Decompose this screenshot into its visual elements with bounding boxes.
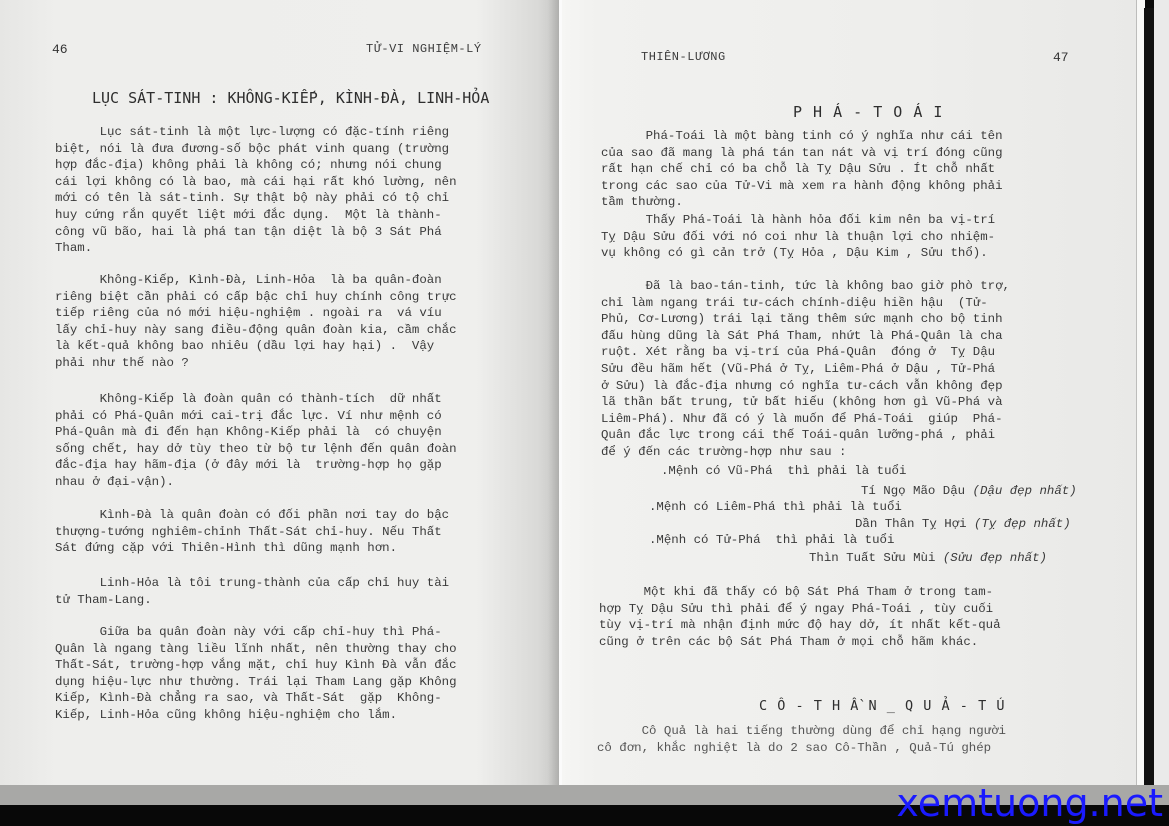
- text-line: cái lợi không có là bao, mà cái hại rất …: [55, 174, 457, 191]
- text-line: lã thần bất trung, tử bất hiếu (không hơ…: [601, 394, 1010, 411]
- text-line: tử Tham-Lang.: [55, 592, 449, 609]
- text-line: Linh-Hỏa là tôi trung-thành của cấp chỉ …: [55, 575, 449, 592]
- text-line: Phá-Toái là một bàng tinh có ý nghĩa như…: [601, 128, 1003, 145]
- text-line: vụ không có gì cản trở (Tỵ Hỏa , Dậu Kim…: [601, 245, 995, 262]
- text-line: tiếp riêng của nó mới hiệu-nghiệm . ngoà…: [55, 305, 457, 322]
- text-line: là kết-quả không bao nhiêu (dầu lợi hay …: [55, 338, 457, 355]
- book-spine: [559, 0, 562, 785]
- running-head: TỬ-VI NGHIỆM-LÝ: [366, 42, 482, 56]
- page-number: 47: [1053, 50, 1069, 65]
- text-line: trong các sao của Tử-Vi mà xem ra hành đ…: [601, 178, 1003, 195]
- text-line: thượng-tướng nghiêm-chỉnh Thất-Sát chỉ-h…: [55, 524, 449, 541]
- text-line: ruột. Xét rằng ba vị-trí của Phá-Quân đó…: [601, 344, 1010, 361]
- paragraph: Không-Kiếp là đoàn quân có thành-tích dữ…: [55, 391, 457, 491]
- text-line: hợp đắc-địa) không phải là không có; như…: [55, 157, 457, 174]
- text-line: cũng ở trên các bộ Sát Phá Tham ở mọi ch…: [599, 634, 1001, 651]
- text-line: của sao đã mang là phá tán tan nát và vị…: [601, 145, 1003, 162]
- text-line: Lục sát-tinh là một lực-lượng có đặc-tín…: [55, 124, 457, 141]
- paragraph: Thấy Phá-Toái là hành hỏa đối kim nên ba…: [601, 212, 995, 262]
- text-line: ở Sửu) là đắc-địa nhưng có nghĩa tư-cách…: [601, 378, 1010, 395]
- paragraph: Cô Quả là hai tiếng thường dùng để chỉ h…: [597, 723, 1006, 756]
- watermark: xemtuong.net: [896, 783, 1163, 823]
- text-line: đắc-địa hay hãm-địa (ở đây mới là trường…: [55, 457, 457, 474]
- running-head: THIÊN-LƯƠNG: [641, 50, 726, 64]
- text-line: Kiếp, Linh-Hỏa cũng không hiệu-nghiệm ch…: [55, 707, 457, 724]
- text-line: Không-Kiếp, Kình-Đà, Linh-Hỏa là ba quân…: [55, 272, 457, 289]
- text-line: sống chết, hay dở tùy theo từ bộ tư lệnh…: [55, 441, 457, 458]
- text-line: tầm thường.: [601, 194, 1003, 211]
- text-line: nhau ở đại-vận).: [55, 474, 457, 491]
- text-line: tùy vị-trí mà nhận định mức độ hay dở, í…: [599, 617, 1001, 634]
- paragraph: Không-Kiếp, Kình-Đà, Linh-Hỏa là ba quân…: [55, 272, 457, 372]
- text-line: Tỵ Dậu Sửu đối với nó coi như là thuận l…: [601, 229, 995, 246]
- paragraph: Đã là bao-tán-tinh, tức là không bao giờ…: [601, 278, 1010, 461]
- book-spread: 46 TỬ-VI NGHIỆM-LÝ LỤC SÁT-TINH : KHÔNG-…: [0, 0, 1169, 800]
- text-line: Cô Quả là hai tiếng thường dùng để chỉ h…: [597, 723, 1006, 740]
- case-ages: Dần Thân Tỵ Hợi (Tỵ đẹp nhất): [855, 517, 1071, 531]
- case-condition: .Mệnh có Tử-Phá thì phải là tuổi: [649, 533, 894, 547]
- text-line: Phá-Quân mà đi đến hạn Không-Kiếp phải l…: [55, 424, 457, 441]
- case-condition: .Mệnh có Liêm-Phá thì phải là tuổi: [649, 500, 902, 514]
- paragraph: Phá-Toái là một bàng tinh có ý nghĩa như…: [601, 128, 1003, 211]
- left-page: 46 TỬ-VI NGHIỆM-LÝ LỤC SÁT-TINH : KHÔNG-…: [0, 0, 561, 785]
- text-line: Sát đứng cặp với Thiên-Hình thì dũng mạn…: [55, 540, 449, 557]
- section-title: P H Á - T O Á I: [793, 103, 943, 121]
- paragraph: Linh-Hỏa là tôi trung-thành của cấp chỉ …: [55, 575, 449, 608]
- text-line: hợp Tỵ Dậu Sửu thì phải để ý ngay Phá-To…: [599, 601, 1001, 618]
- text-line: Một khi đã thấy có bộ Sát Phá Tham ở tro…: [599, 584, 1001, 601]
- paragraph: Kình-Đà là quân đoàn có đối phần nơi tay…: [55, 507, 449, 557]
- case-ages: Thìn Tuất Sửu Mùi (Sửu đẹp nhất): [809, 551, 1047, 565]
- text-line: Đã là bao-tán-tinh, tức là không bao giờ…: [601, 278, 1010, 295]
- case-condition: .Mệnh có Vũ-Phá thì phải là tuổi: [661, 464, 906, 478]
- text-line: huy cứng rắn quyết liệt mới đắc dụng. Mộ…: [55, 207, 457, 224]
- text-line: biệt, nói là đưa đương-số bộc phát vinh …: [55, 141, 457, 158]
- text-line: công vũ bão, hai là phá tan tận diệt là …: [55, 224, 457, 241]
- paragraph: Giữa ba quân đoàn này với cấp chỉ-huy th…: [55, 624, 457, 724]
- paragraph: Lục sát-tinh là một lực-lượng có đặc-tín…: [55, 124, 457, 257]
- text-line: Thất-Sát, trường-hợp vắng mặt, chỉ huy K…: [55, 657, 457, 674]
- right-page: THIÊN-LƯƠNG 47 P H Á - T O Á I Phá-Toái …: [561, 0, 1136, 785]
- text-line: Thấy Phá-Toái là hành hỏa đối kim nên ba…: [601, 212, 995, 229]
- chapter-title: LỤC SÁT-TINH : KHÔNG-KIẾP, KÌNH-ĐÀ, LINH…: [92, 89, 489, 107]
- text-line: Giữa ba quân đoàn này với cấp chỉ-huy th…: [55, 624, 457, 641]
- text-line: Liêm-Phá). Như đã có ý là muốn để Phá-To…: [601, 411, 1010, 428]
- text-line: Kình-Đà là quân đoàn có đối phần nơi tay…: [55, 507, 449, 524]
- text-line: riêng biệt cần phải có cấp bậc chỉ huy c…: [55, 289, 457, 306]
- page-edge-shadow: [1144, 8, 1154, 798]
- text-line: đấu hùng dũng là Sát Phá Tham, nhứt là P…: [601, 328, 1010, 345]
- page-number: 46: [52, 42, 68, 57]
- book-spine-shadow: [548, 0, 559, 785]
- text-line: rất hạn chế chỉ có ba chỗ là Tỵ Dậu Sửu …: [601, 161, 1003, 178]
- text-line: cô đơn, khắc nghiệt là do 2 sao Cô-Thần …: [597, 740, 1006, 757]
- text-line: Tham.: [55, 240, 457, 257]
- text-line: chỉ làm ngang trái tư-cách chính-diệu hi…: [601, 295, 1010, 312]
- text-line: dụng hiệu-lực như thường. Trái lại Tham …: [55, 674, 457, 691]
- text-line: mới có tên là sát-tinh. Sự thật bộ này p…: [55, 190, 457, 207]
- paragraph: Một khi đã thấy có bộ Sát Phá Tham ở tro…: [599, 584, 1001, 650]
- text-line: để ý đến các trường-hợp như sau :: [601, 444, 1010, 461]
- text-line: Quân là ngang tàng liều lĩnh nhất, nên t…: [55, 641, 457, 658]
- text-line: phải có Phá-Quân mới cai-trị đắc lực. Ví…: [55, 408, 457, 425]
- section-title: C Ô - T H Ầ N _ Q U Ả - T Ú: [759, 698, 1005, 714]
- text-line: phải như thế nào ?: [55, 355, 457, 372]
- text-line: Kiếp, Kình-Đà chẳng ra sao, và Thất-Sát …: [55, 690, 457, 707]
- text-line: Sửu đều hãm hết (Vũ-Phá ở Tỵ, Liêm-Phá ở…: [601, 361, 1010, 378]
- text-line: Không-Kiếp là đoàn quân có thành-tích dữ…: [55, 391, 457, 408]
- text-line: Quân đắc lực trong cái thế Toái-quân lưỡ…: [601, 427, 1010, 444]
- case-ages: Tí Ngọ Mão Dậu (Dậu đẹp nhất): [861, 484, 1077, 498]
- text-line: lấy chỉ-huy này sang điều-động quân đoàn…: [55, 322, 457, 339]
- text-line: Phủ, Cơ-Lương) trái lại tăng thêm sức mạ…: [601, 311, 1010, 328]
- scan-background: [1154, 0, 1169, 800]
